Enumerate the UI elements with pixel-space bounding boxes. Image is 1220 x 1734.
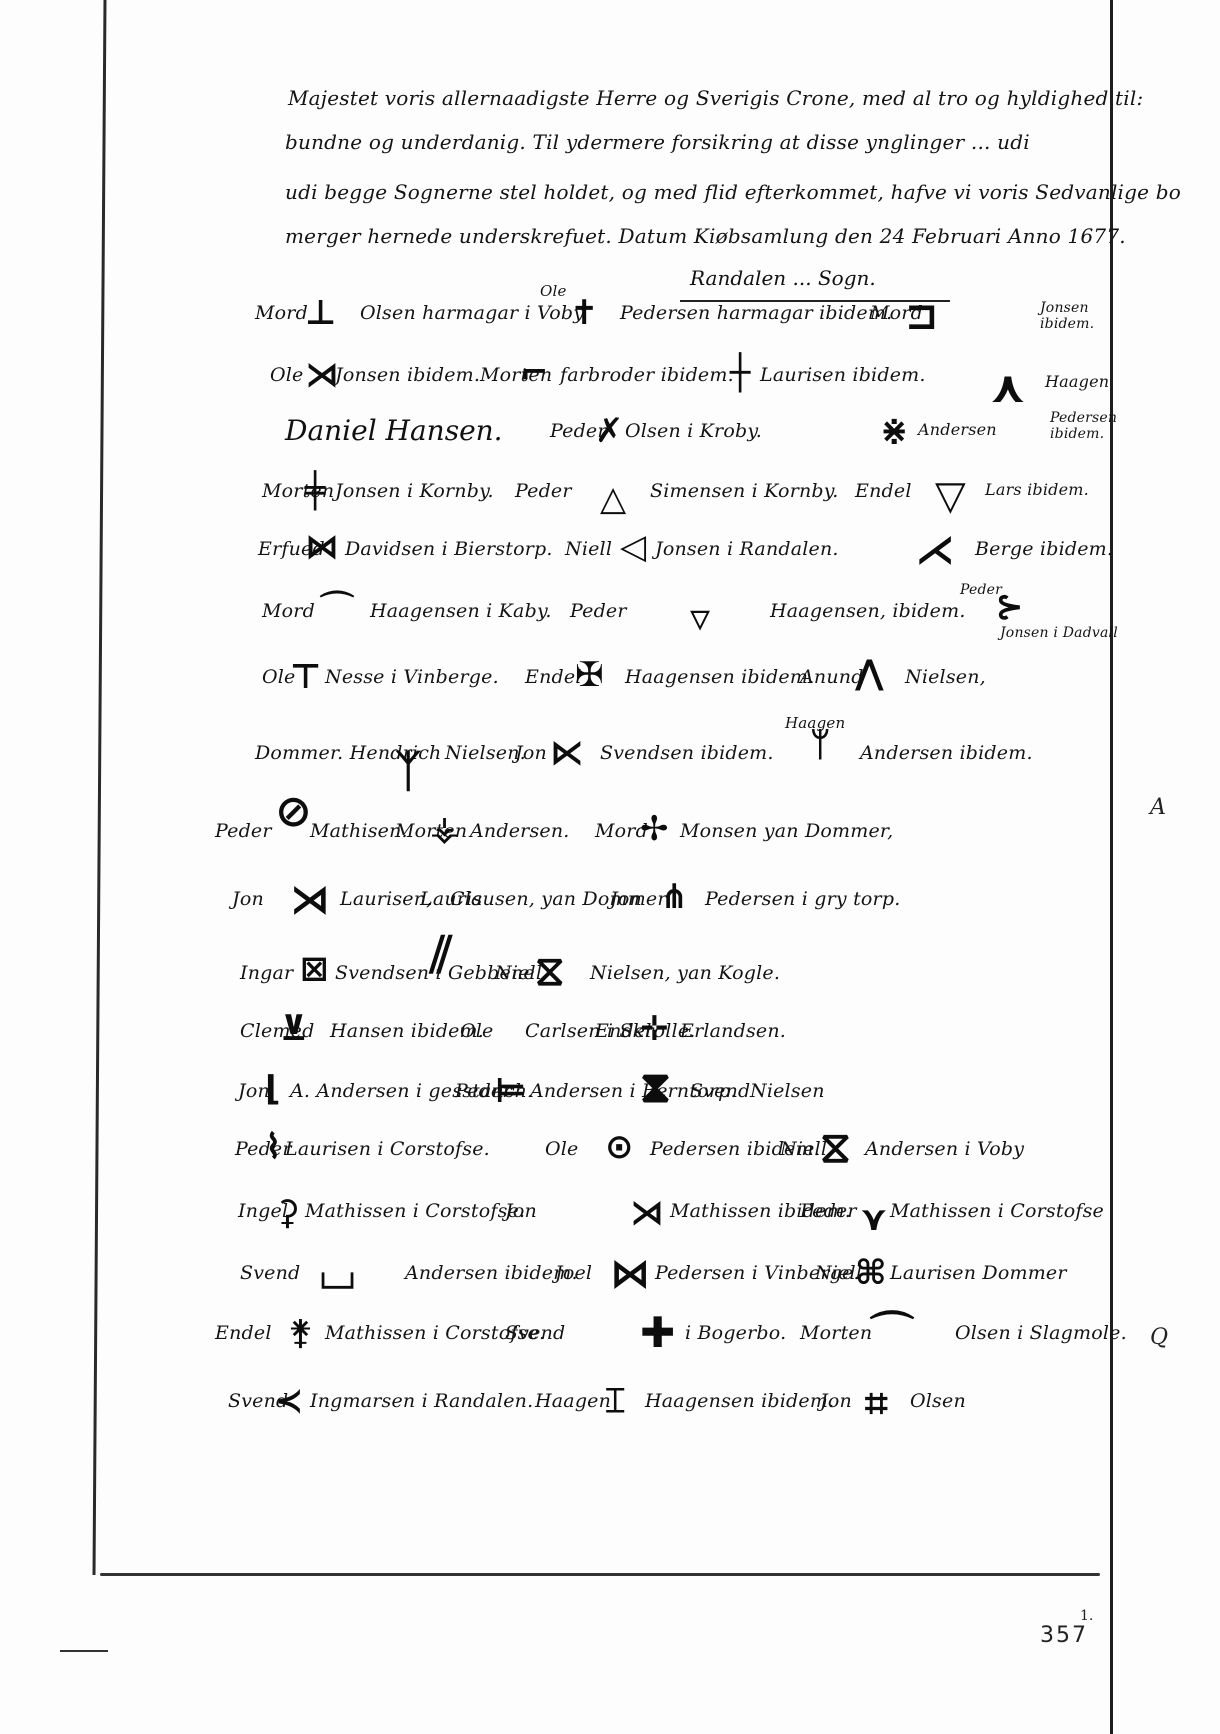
signature-name: Nielsen. <box>445 742 526 764</box>
house-mark-icon: ⋈ <box>305 530 339 564</box>
signature-name: Jon <box>232 888 264 910</box>
house-mark-icon: △ <box>600 482 626 516</box>
signature-name: Peder <box>215 820 272 842</box>
signature-name: Andersen ibidem. <box>860 742 1033 764</box>
house-mark-icon: ⚳ <box>275 1196 300 1230</box>
house-mark-icon: ⊠ <box>300 952 329 986</box>
signature-name: Ingmarsen i Randalen. <box>310 1390 533 1412</box>
signature-name: Morten <box>800 1322 872 1344</box>
preamble-line: Majestet voris allernaadigste Herre og S… <box>288 86 1143 110</box>
signature-name: Nielsen <box>750 1080 825 1102</box>
house-mark-icon: ┼ <box>730 356 750 390</box>
signature-name: Berge ibidem. <box>975 538 1113 560</box>
signature-name: Davidsen i Bierstorp. <box>345 538 553 560</box>
house-mark-icon: ✝ <box>570 296 599 330</box>
signature-name: Endel <box>215 1322 272 1344</box>
house-mark-icon: ✚ <box>640 1312 675 1354</box>
house-mark-icon: ⊙ <box>605 1130 634 1164</box>
signature-name: Ingar <box>240 962 293 984</box>
signature-name: Jonsen ibidem. <box>1040 300 1100 332</box>
house-mark-icon: ▽ <box>935 476 966 516</box>
page-number-suffix: 1. <box>1080 1608 1093 1624</box>
signature-name: Haagensen ibidem. <box>625 666 814 688</box>
signature-name: Jon <box>820 1390 852 1412</box>
house-mark-icon: ⌶ <box>605 1384 625 1418</box>
signature-name: Olsen i Kroby. <box>625 420 762 442</box>
house-mark-icon: ⋏ <box>990 366 1026 410</box>
page-number: 357 <box>1040 1623 1088 1648</box>
right-margin-rule <box>1110 0 1113 1734</box>
house-mark-icon: ⋈ <box>610 1254 650 1294</box>
signature-name: Pedersen ibidem. <box>1050 410 1105 442</box>
house-mark-icon: ⋊ <box>630 1196 664 1230</box>
manuscript-page: Majestet voris allernaadigste Herre og S… <box>0 0 1220 1734</box>
signature-name: Jonsen i Kornby. <box>335 480 494 502</box>
house-mark-icon: ⌗ <box>865 1384 888 1424</box>
house-mark-icon: ⋎ <box>860 1202 888 1236</box>
house-mark-icon: ⧖ <box>820 1126 851 1170</box>
signature-name: Peder <box>800 1200 857 1222</box>
house-mark-icon: ⌒ <box>320 592 354 626</box>
signature-name: Jon <box>515 742 547 764</box>
signature-name: Niell <box>565 538 612 560</box>
signature-name: Mathissen i Corstofse <box>890 1200 1104 1222</box>
signature-name: Jonsen ibidem. <box>335 364 480 386</box>
signature-name: Nesse i Vinberge. <box>325 666 499 688</box>
signature-name: Haagen <box>535 1390 611 1412</box>
house-mark-icon: ⋇ <box>880 414 909 448</box>
signature-name: Svendsen ibidem. <box>600 742 774 764</box>
signature-name: i Bogerbo. <box>685 1322 786 1344</box>
house-mark-icon: ⊻ <box>280 1012 308 1046</box>
signature-name: Jon <box>505 1200 537 1222</box>
preamble-line: merger hernede underskrefuet. Datum Kiøb… <box>285 224 1126 248</box>
signature-name: Svend <box>690 1080 750 1102</box>
signature-name: Haagen <box>1045 372 1109 391</box>
signature-name: Olsen i Slagmole. <box>955 1322 1127 1344</box>
signature-name: Nielsen, yan Kogle. <box>590 962 780 984</box>
signature-name: Mathissen i Corstofse. <box>305 1200 525 1222</box>
signature-name: Pedersen i gry torp. <box>705 888 900 910</box>
section-heading: Randalen ... Sogn. <box>690 266 876 290</box>
house-mark-icon: ⊐ <box>905 296 939 336</box>
signature-name: Pedersen harmagar ibidem. <box>620 302 892 324</box>
signature-name: Peder <box>570 600 627 622</box>
signature-name: Nielsen, <box>905 666 986 688</box>
house-mark-icon: ⧗ <box>640 1066 671 1110</box>
house-mark-icon: ✗ <box>595 414 624 448</box>
house-mark-icon: ⊥ <box>305 296 336 330</box>
corner-stroke <box>60 1650 108 1652</box>
house-mark-icon: ⚵ <box>288 1316 313 1350</box>
house-mark-icon: ✛ <box>640 1012 669 1046</box>
signature-name: Laurisen ibidem. <box>760 364 926 386</box>
bottom-margin-rule <box>100 1573 1100 1576</box>
signature-name: Ole <box>545 1138 579 1160</box>
signature-name: Mathisen. <box>310 820 408 842</box>
signature-name: Laurisen i Corstofse. <box>285 1138 490 1160</box>
signature-name: Andersen <box>918 420 997 439</box>
house-mark-icon: ✠ <box>575 658 604 692</box>
house-mark-icon: ⌒ <box>870 1312 914 1356</box>
signature-name: Lars ibidem. <box>985 480 1089 499</box>
margin-note: A <box>1150 795 1166 820</box>
house-mark-icon: ⋊ <box>290 880 330 920</box>
signature-name: farbroder ibidem. <box>560 364 734 386</box>
house-mark-icon: ⊤ <box>290 660 321 694</box>
house-mark-icon: ◁ <box>620 530 646 564</box>
signature-name: Haagensen ibidem. <box>645 1390 834 1412</box>
house-mark-icon: ⚶ <box>430 812 459 846</box>
house-mark-icon: ╪ <box>305 474 325 508</box>
preamble-line: bundne og underdanig. Til ydermere forsi… <box>285 130 1030 154</box>
signature-name: Jonsen i Randalen. <box>655 538 839 560</box>
house-mark-icon: ⌇ <box>265 1130 282 1164</box>
house-mark-icon: ⊘ <box>275 790 312 834</box>
signature-name: Svend <box>240 1262 300 1284</box>
preamble-line: udi begge Sognerne stel holdet, og med f… <box>285 180 1181 204</box>
signature-name: Mord <box>255 302 308 324</box>
house-mark-icon: ⌴ <box>320 1252 355 1296</box>
house-mark-icon: ⋊ <box>305 358 339 392</box>
house-mark-icon: ▿ <box>690 598 710 638</box>
signature-name: Monsen yan Dommer, <box>680 820 893 842</box>
signature-name: Endel <box>525 666 582 688</box>
signature-name: Andersen ibidem. <box>405 1262 578 1284</box>
signature-name: Svend <box>505 1322 565 1344</box>
signature-name: Laurisen, <box>340 888 432 910</box>
house-mark-icon: ⋌ <box>915 530 955 570</box>
margin-note: Q <box>1150 1325 1168 1350</box>
signature-name: Haagensen, ibidem. <box>770 600 966 622</box>
signature-name: Ole <box>270 364 304 386</box>
signature-name: Ole <box>540 282 567 300</box>
left-margin-rule <box>93 0 107 1575</box>
signature-name: Olsen <box>910 1390 966 1412</box>
house-mark-icon: ᛘ <box>810 728 830 762</box>
house-mark-icon: ✢ <box>640 812 669 846</box>
signature-daniel-hansen: Daniel Hansen. <box>285 414 503 447</box>
house-mark-icon: ⧖ <box>535 950 564 992</box>
signature-name: Olsen harmagar i Voby. <box>360 302 588 324</box>
signature-name: Peder <box>515 480 572 502</box>
signature-name: Andersen i Voby <box>865 1138 1024 1160</box>
signature-name: Erlandsen. <box>680 1020 786 1042</box>
signature-name: Simensen i Kornby. <box>650 480 838 502</box>
house-mark-icon: ⌘ <box>855 1256 887 1290</box>
signature-name: Haagensen i Kaby. <box>370 600 552 622</box>
house-mark-icon: ≺ <box>275 1384 304 1418</box>
signature-name: Peder <box>235 1138 292 1160</box>
house-mark-icon: ⌐ <box>520 356 549 390</box>
house-mark-icon: ⊨ <box>495 1074 526 1108</box>
house-mark-icon: ⋀ <box>855 656 884 690</box>
signature-name: Jon <box>610 888 642 910</box>
signature-name: Joel <box>555 1262 592 1284</box>
house-mark-icon: ⊱ <box>995 590 1024 624</box>
signature-name: Laurisen Dommer <box>890 1262 1067 1284</box>
house-mark-icon: ⋔ <box>660 880 689 914</box>
signature-name: Andersen. <box>470 820 570 842</box>
signature-name: Mord <box>262 600 315 622</box>
house-mark-icon: ᛉ <box>395 750 421 794</box>
house-mark-icon: ⌊ <box>265 1072 281 1106</box>
signature-name: Endel <box>855 480 912 502</box>
house-mark-icon: ⋉ <box>550 736 584 770</box>
signature-name: Ole <box>460 1020 494 1042</box>
signature-name: Jonsen i Dadvall <box>1000 625 1118 641</box>
